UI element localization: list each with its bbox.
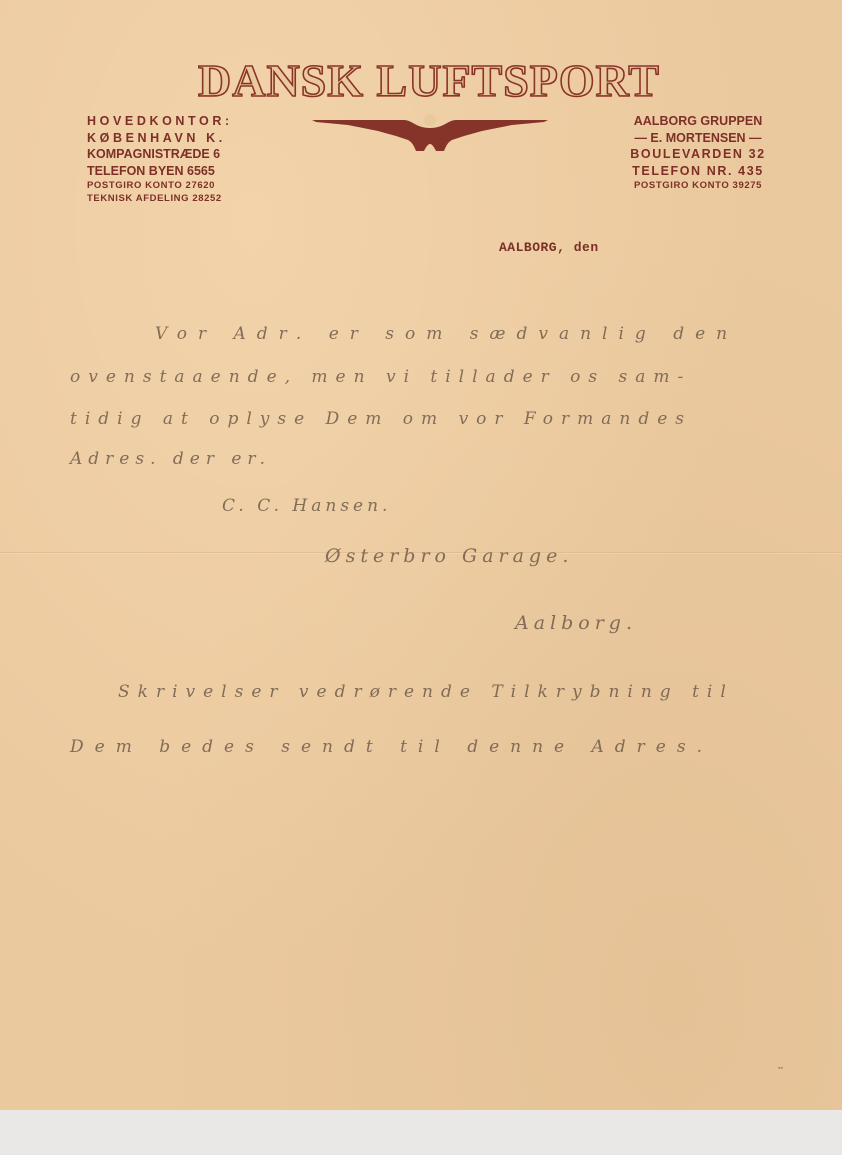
handwritten-line: Dem bedes sendt til denne Adres. <box>70 737 713 757</box>
handwritten-recipient-street: Østerbro Garage. <box>325 545 573 567</box>
head-office-city: KØBENHAVN K. <box>87 130 233 147</box>
branch-postgiro: POSTGIRO KONTO 39275 <box>612 179 784 192</box>
paper-stain-mark: ▪▪ <box>778 1065 783 1072</box>
handwritten-line: Vor Adr. er som sædvanlig den <box>155 324 738 344</box>
handwritten-line: Skrivelser vedrørende Tilkrybning til <box>118 682 734 702</box>
head-office-postgiro: POSTGIRO KONTO 27620 <box>87 179 233 192</box>
handwritten-recipient-name: C. C. Hansen. <box>222 496 391 516</box>
branch-phone: TELEFON NR. 435 <box>612 163 784 180</box>
handwritten-line: ovenstaaende, men vi tillader os sam- <box>70 367 691 387</box>
branch-name: AALBORG GRUPPEN <box>612 113 784 130</box>
head-office-label: HOVEDKONTOR: <box>87 113 233 130</box>
branch-street: BOULEVARDEN 32 <box>612 146 784 163</box>
handwritten-recipient-city: Aalborg. <box>515 612 637 634</box>
head-office-street: KOMPAGNISTRÆDE 6 <box>87 146 233 163</box>
head-office-technical: TEKNISK AFDELING 28252 <box>87 192 233 205</box>
dateline: AALBORG, den <box>499 240 599 255</box>
letterhead-title: DANSK LUFTSPORT <box>186 56 672 106</box>
winged-eagle-emblem-icon <box>312 114 548 152</box>
branch-address: AALBORG GRUPPEN — E. MORTENSEN — BOULEVA… <box>612 113 784 192</box>
handwritten-line: tidig at oplyse Dem om vor Formandes <box>70 409 692 429</box>
branch-contact: — E. MORTENSEN — <box>612 130 784 147</box>
head-office-address: HOVEDKONTOR: KØBENHAVN K. KOMPAGNISTRÆDE… <box>87 113 233 205</box>
head-office-phone: TELEFON BYEN 6565 <box>87 163 233 180</box>
handwritten-line: Adres. der er. <box>70 449 271 469</box>
